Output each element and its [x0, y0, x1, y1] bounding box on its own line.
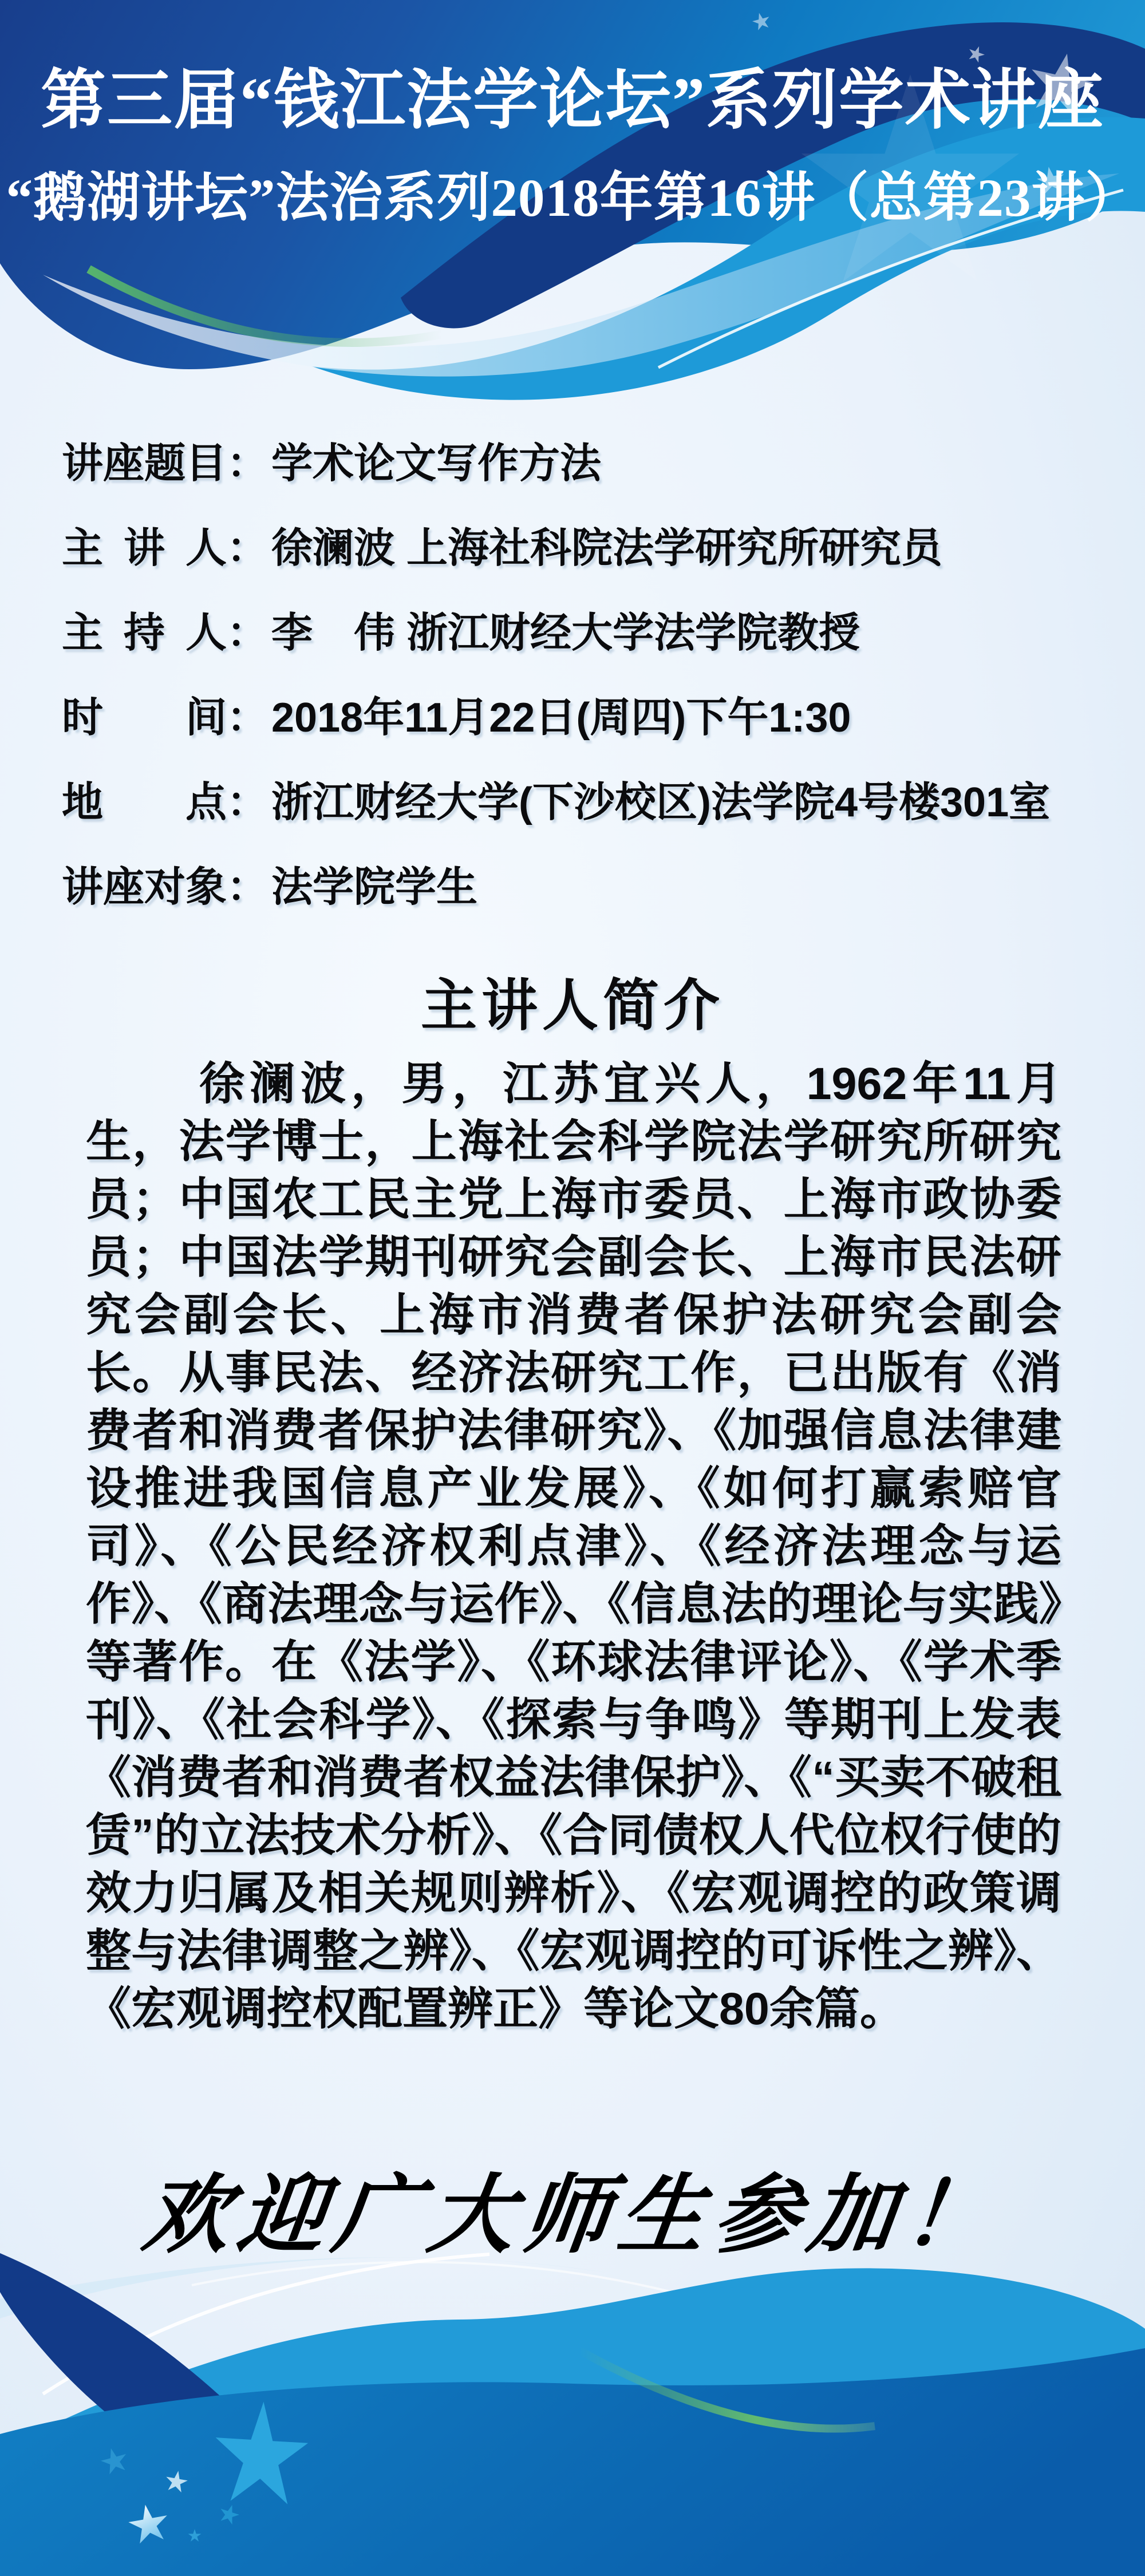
footer-wave-decoration — [0, 2233, 1145, 2576]
info-label: 地点 — [62, 760, 227, 845]
info-value: 法学院学生 — [271, 864, 477, 910]
bio-section-title: 主讲人简介 — [0, 961, 1145, 1041]
info-row-topic: 讲座题目：学术论文写作方法 — [62, 421, 1098, 506]
info-label: 讲座对象 — [62, 845, 227, 930]
info-value: 浙江财经大学(下沙校区)法学院4号楼301室 — [271, 780, 1050, 825]
info-row-host: 主持人：李 伟 浙江财经大学法学院教授 — [62, 591, 1098, 675]
lecture-poster: 第三届“钱江法学论坛”系列学术讲座 “鹅湖讲坛”法治系列2018年第16讲（总第… — [0, 0, 1145, 2576]
info-value: 徐澜波 上海社科院法学研究所研究员 — [271, 526, 942, 571]
lecture-info-list: 讲座题目：学术论文写作方法 主讲人：徐澜波 上海社科院法学研究所研究员 主持人：… — [62, 421, 1098, 930]
info-label: 讲座题目 — [62, 421, 227, 506]
info-value: 学术论文写作方法 — [271, 441, 601, 487]
info-value: 2018年11月22日(周四)下午1:30 — [271, 695, 851, 741]
info-label: 主讲人 — [62, 506, 227, 591]
info-row-audience: 讲座对象：法学院学生 — [62, 845, 1098, 930]
info-colon: ： — [227, 421, 268, 506]
welcome-calligraphy: 欢迎广大师生参加！ — [0, 2146, 1145, 2269]
poster-header: 第三届“钱江法学论坛”系列学术讲座 “鹅湖讲坛”法治系列2018年第16讲（总第… — [0, 55, 1145, 236]
info-label: 主持人 — [62, 591, 227, 675]
bio-paragraph: 徐澜波，男，江苏宜兴人，1962年11月生，法学博士，上海社会科学院法学研究所研… — [86, 1054, 1061, 2037]
info-value: 李 伟 浙江财经大学法学院教授 — [271, 610, 860, 656]
info-row-speaker: 主讲人：徐澜波 上海社科院法学研究所研究员 — [62, 506, 1098, 591]
info-row-venue: 地点：浙江财经大学(下沙校区)法学院4号楼301室 — [62, 760, 1098, 845]
footer-wave-shapes — [0, 2253, 1145, 2576]
info-colon: ： — [227, 760, 268, 845]
info-colon: ： — [227, 675, 268, 760]
info-colon: ： — [227, 506, 268, 591]
poster-title-line1: 第三届“钱江法学论坛”系列学术讲座 — [0, 55, 1145, 147]
info-colon: ： — [227, 845, 268, 930]
info-label: 时间 — [62, 675, 227, 760]
info-colon: ： — [227, 591, 268, 675]
poster-title-line2: “鹅湖讲坛”法治系列2018年第16讲（总第23讲） — [0, 161, 1145, 236]
info-row-time: 时间：2018年11月22日(周四)下午1:30 — [62, 675, 1098, 760]
